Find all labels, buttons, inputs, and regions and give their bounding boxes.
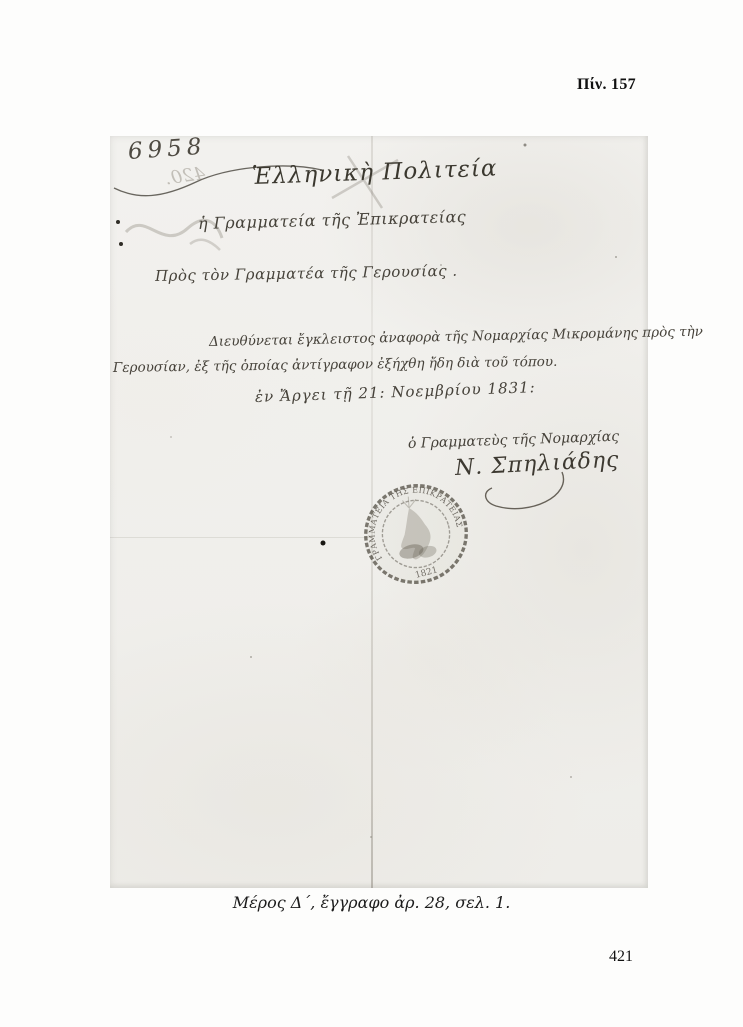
bleedthrough-number: 420. bbox=[164, 163, 207, 189]
body-line-1: Διευθύνεται ἔγκλειστος ἀναφορὰ τῆς Νομαρ… bbox=[209, 324, 703, 350]
registry-number: 6958 bbox=[127, 134, 207, 165]
page-number: 421 bbox=[609, 948, 633, 966]
document-scan: 6958 420. Ἑλληνικὴ Πολιτεία ἡ Γραμματεία… bbox=[110, 136, 648, 888]
horizontal-fold-crease bbox=[110, 537, 372, 538]
signature-name: Ν. Σπηλιάδης bbox=[454, 447, 620, 481]
paper-specks bbox=[110, 136, 112, 138]
document-heading: Ἑλληνικὴ Πολιτεία bbox=[252, 155, 498, 190]
addressee-line: Πρὸς τὸν Γραμματέα τῆς Γερουσίας . bbox=[155, 262, 458, 285]
bleedthrough-squiggle-small bbox=[190, 240, 220, 250]
plate-label: Πίν. 157 bbox=[577, 76, 636, 94]
sender-line: ἡ Γραμματεία τῆς Ἐπικρατείας bbox=[198, 207, 467, 233]
dateline: ἐν Ἄργει τῇ 21: Νοεμβρίου 1831: bbox=[255, 378, 536, 406]
body-line-2: Γερουσίαν, ἐξ τῆς ὁποίας ἀντίγραφον ἐξήχ… bbox=[113, 354, 558, 376]
figure-caption: Μέρος Δ´, ἔγγραφο ἀρ. 28, σελ. 1. bbox=[0, 893, 743, 912]
official-seal: ΓΡΑΜΜΑΤΕΙΑ ΤΗΣ ΕΠΙΚΡΑΤΕΙΑΣ 1821 bbox=[345, 465, 486, 603]
